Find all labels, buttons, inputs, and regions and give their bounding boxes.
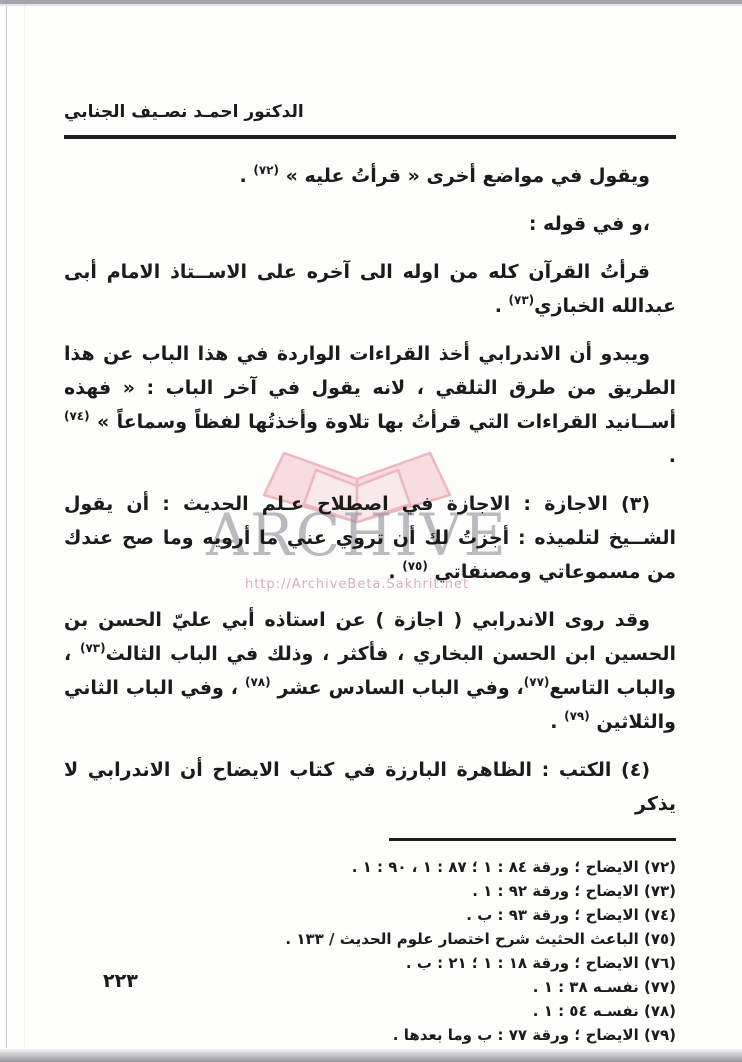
page-content: الدكتور احمـد نصـيف الجنابي ويقول في موا… bbox=[64, 99, 676, 1047]
footnote-line: (٧٦) الايضاح ؛ ورقة ١٨ : ١ ؛ ٢١ : ب . bbox=[64, 951, 676, 975]
footnote-line: (٧٩) الايضاح ؛ ورقة ٧٧ : ب وما بعدها . bbox=[64, 1023, 676, 1047]
text-segment: . bbox=[550, 711, 564, 733]
text-segment: ويقول في مواضع أخرى « قرأتُ عليه » bbox=[279, 165, 650, 187]
body-paragraphs: ويقول في مواضع أخرى « قرأتُ عليه » (٧٢) … bbox=[64, 159, 676, 821]
footnote-ref: (٧٥) bbox=[402, 559, 428, 573]
text-segment: وقد روى الاندرابي ( اجازة ) عن استاذه أب… bbox=[64, 609, 676, 665]
text-segment: ،و في قوله : bbox=[529, 213, 650, 235]
text-segment: . bbox=[388, 561, 402, 583]
paragraph: ،و في قوله : bbox=[64, 207, 676, 241]
footnote-line: (٧٨) نفسـه ٥٤ : ١ . bbox=[64, 999, 676, 1023]
scan-edge-left-faint bbox=[24, 6, 25, 1048]
footnote-ref: (٧٣) bbox=[80, 641, 106, 655]
paragraph: (٣) الاجازة : الاجازة في اصطلاح عـلم الح… bbox=[64, 487, 676, 589]
paragraph: قرأتُ القرآن كله من اوله الى آخره على ال… bbox=[64, 255, 676, 323]
scanned-book-page: ARCHIVE http://ArchiveBeta.Sakhrit.net ا… bbox=[0, 0, 742, 1062]
page-number: ٢٢٣ bbox=[103, 970, 138, 992]
paragraph: ويقول في مواضع أخرى « قرأتُ عليه » (٧٢) … bbox=[64, 159, 676, 193]
footnote-line: (٧٤) الايضاح ؛ ورقة ٩٣ : ب . bbox=[64, 903, 676, 927]
text-segment: (٣) الاجازة : الاجازة في اصطلاح عـلم الح… bbox=[64, 493, 676, 583]
text-segment: قرأتُ القرآن كله من اوله الى آخره على ال… bbox=[64, 261, 676, 317]
footnote-line: (٧٢) الايضاح ؛ ورقة ٨٤ : ١ ؛ ٨٧ : ١ ، ٩٠… bbox=[64, 855, 676, 879]
footnote-ref: (٧٨) bbox=[245, 675, 271, 689]
paragraph: (٤) الكتب : الظاهرة البارزة في كتاب الاي… bbox=[64, 753, 676, 821]
footnote-ref: (٧٩) bbox=[564, 709, 590, 723]
scan-edge-top-shadow bbox=[0, 4, 742, 6]
text-segment: (٤) الكتب : الظاهرة البارزة في كتاب الاي… bbox=[64, 759, 676, 815]
header-rule bbox=[64, 135, 676, 139]
page-header-author: الدكتور احمـد نصـيف الجنابي bbox=[64, 99, 676, 125]
footnote-line: (٧٥) الباعث الحثيث شرح اختصار علوم الحدي… bbox=[64, 927, 676, 951]
footnote-line: (٧٧) نفسـه ٣٨ : ١ . bbox=[64, 975, 676, 999]
text-segment: ، وفي الباب السادس عشر bbox=[271, 677, 524, 699]
paragraph: وقد روى الاندرابي ( اجازة ) عن استاذه أب… bbox=[64, 603, 676, 739]
paragraph: ويبدو أن الاندرابي أخذ القراءات الواردة … bbox=[64, 337, 676, 473]
text-segment: . bbox=[495, 295, 509, 317]
footnote-list: (٧٢) الايضاح ؛ ورقة ٨٤ : ١ ؛ ٨٧ : ١ ، ٩٠… bbox=[64, 855, 676, 1047]
text-segment: . bbox=[240, 165, 254, 187]
footnote-ref: (٧٤) bbox=[64, 409, 90, 423]
footnote-separator-rule bbox=[389, 838, 676, 841]
text-segment: ويبدو أن الاندرابي أخذ القراءات الواردة … bbox=[64, 343, 676, 433]
footnote-ref: (٧٣) bbox=[509, 293, 535, 307]
footnote-line: (٧٣) الايضاح ؛ ورقة ٩٢ : ١ . bbox=[64, 879, 676, 903]
scan-edge-left bbox=[6, 6, 7, 1048]
text-segment: . bbox=[669, 445, 676, 467]
footnote-ref: (٧٧) bbox=[524, 675, 550, 689]
footnote-ref: (٧٢) bbox=[253, 163, 279, 177]
scan-edge-bottom bbox=[0, 1049, 742, 1062]
